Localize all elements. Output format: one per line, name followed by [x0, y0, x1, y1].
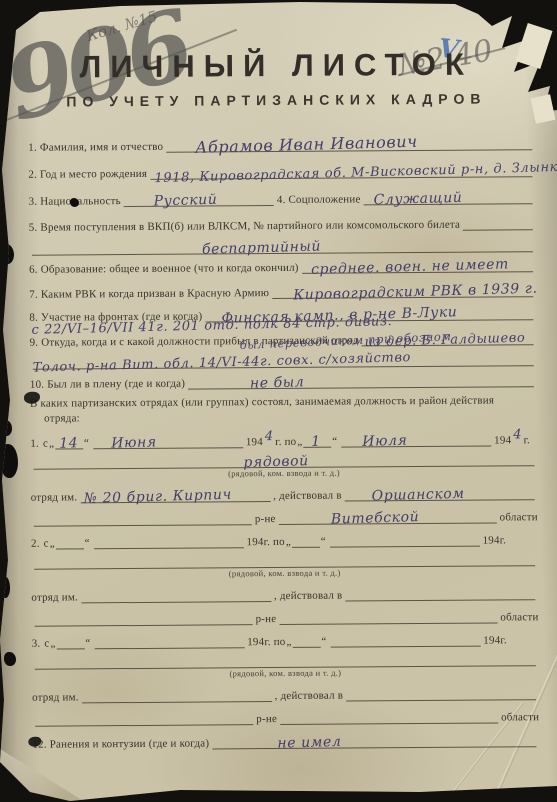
- handwritten-value: не был: [250, 374, 305, 392]
- unit-line: [81, 586, 271, 603]
- field-name: 1. Фамилия, имя и отчество Абрамов Иван …: [28, 134, 535, 154]
- region-line: [35, 709, 253, 727]
- field-label: 1. Фамилия, имя и отчество: [28, 141, 163, 154]
- field-captivity: 10. Был ли в плену (где и когда) не был: [30, 371, 537, 391]
- district-line: Витебской: [279, 507, 497, 525]
- printed-label: г. по: [275, 436, 296, 448]
- handwritten-value: беспартийный: [202, 238, 322, 257]
- tear-shadow: [4, 652, 16, 666]
- service-block-1-region: р-не Витебской области: [31, 507, 538, 527]
- field-line: беспартийный: [32, 236, 533, 255]
- form-content: 906 Кол. №15 №2 40 V ЛИЧНЫЙ ЛИСТОК ПО УЧ…: [0, 0, 557, 802]
- field-line: Служащий: [363, 188, 532, 205]
- printed-quote: “: [332, 436, 337, 448]
- handwritten-year: 4: [265, 429, 273, 444]
- acted-line: Оршанском: [345, 484, 535, 501]
- day-line: [292, 632, 320, 648]
- field-label: В каких партизанских отрядах (или группа…: [30, 392, 494, 411]
- handwritten-day: 1: [311, 434, 321, 450]
- service-block-3-unit: отряд им. , действовал в: [32, 684, 539, 704]
- field-line: 1918, Кировоградская об. М-Висковский р-…: [150, 161, 532, 180]
- month-line: [93, 532, 243, 549]
- printed-label: области: [500, 511, 538, 523]
- service-block-1-rank: рядовой (рядовой, ком. взвода и т. д.): [30, 450, 537, 470]
- field-line: не был: [188, 371, 534, 389]
- printed-label: с: [44, 538, 49, 550]
- field-rvk: 7. Каким РВК и когда призван в Красную А…: [29, 281, 536, 301]
- service-block-2-region: р-не области: [31, 607, 538, 627]
- scanned-document: 906 Кол. №15 №2 40 V ЛИЧНЫЙ ЛИСТОК ПО УЧ…: [0, 0, 557, 802]
- printed-label: г. по: [264, 536, 285, 548]
- printed-caption: (рядовой, ком. взвода и т. д.): [34, 566, 535, 579]
- field-line: [463, 214, 533, 230]
- printed-label: , действовал в: [273, 490, 342, 502]
- rank-line: (рядовой, ком. взвода и т. д.): [34, 550, 535, 569]
- printed-quote: „: [50, 538, 55, 550]
- handwritten-year: 4: [513, 427, 521, 442]
- tear-shadow: [0, 420, 12, 436]
- tear-shadow: [0, 444, 18, 478]
- service-block-2-dates: 2. с „ “ 194 г. по „ “ 194 г.: [31, 528, 538, 550]
- district-line: [280, 707, 498, 725]
- field-label: 2. Год и место рождения: [28, 168, 147, 181]
- field-label: 5. Время поступления в ВКП(б) или ВЛКСМ,…: [29, 219, 460, 234]
- rank-line: (рядовой, ком. взвода и т. д.): [35, 650, 536, 669]
- handwritten-value: Служащий: [373, 190, 462, 208]
- unit-line: № 20 бриг. Кирпич: [80, 486, 270, 503]
- rank-line: рядовой (рядовой, ком. взвода и т. д.): [33, 450, 534, 469]
- day-line: 1: [303, 432, 331, 448]
- field-label: 6. Образование: общее и военное (что и к…: [29, 262, 299, 276]
- month-line: [330, 531, 480, 548]
- handwritten-district: Витебской: [331, 509, 420, 527]
- paper-sheet: 906 Кол. №15 №2 40 V ЛИЧНЫЙ ЛИСТОК ПО УЧ…: [0, 0, 557, 802]
- printed-label: области: [501, 711, 539, 723]
- printed-label: г.: [524, 434, 531, 446]
- month-line: Июня: [93, 432, 243, 449]
- block-number: 3.: [32, 638, 41, 650]
- handwritten-value: Абрамов Иван Иванович: [195, 132, 418, 157]
- printed-label: отряд им.: [31, 591, 78, 603]
- printed-quote: “: [321, 636, 326, 648]
- district-line: [279, 607, 497, 625]
- field-line: среднее. воен. не имеет: [302, 256, 534, 274]
- handwritten-day: 14: [59, 435, 78, 452]
- printed-quote: “: [321, 536, 326, 548]
- handwritten-value: не имел: [277, 734, 341, 752]
- field-nationality-social: 3. Национальность Русский 4. Соцположени…: [29, 188, 536, 208]
- printed-label: , действовал в: [275, 690, 344, 702]
- day-line: [56, 633, 84, 649]
- service-block-3-rank: (рядовой, ком. взвода и т. д.): [32, 650, 539, 670]
- region-line: [34, 609, 252, 627]
- field-label: отряда:: [44, 412, 80, 424]
- region-line: [34, 509, 252, 527]
- block-number: 1.: [30, 438, 39, 450]
- field-party: 5. Время поступления в ВКП(б) или ВЛКСМ,…: [29, 214, 536, 234]
- printed-label: р-не: [255, 513, 276, 525]
- field-origin-line2: Толоч. р-на Вит. обл. 14/VI-44г. совх. с…: [30, 350, 537, 370]
- service-block-1-unit: отряд им. № 20 бриг. Кирпич , действовал…: [31, 484, 538, 504]
- printed-year: 194: [246, 536, 263, 548]
- printed-label: области: [500, 611, 538, 623]
- printed-quote: “: [85, 637, 90, 649]
- field-birth: 2. Год и место рождения 1918, Кировоград…: [28, 161, 535, 181]
- printed-quote: “: [85, 537, 90, 549]
- handwritten-value: среднее. воен. не имеет: [311, 256, 509, 278]
- service-block-1-dates: 1. с „ 14 “ Июня 194 4 г. по „ 1 “ Июля …: [30, 428, 537, 450]
- printed-label: г.: [500, 534, 507, 546]
- service-block-2-rank: (рядовой, ком. взвода и т. д.): [31, 550, 538, 570]
- handwritten-month: Июля: [362, 433, 408, 450]
- printed-label: р-не: [256, 713, 277, 725]
- field-label: 4. Соцположение: [277, 193, 361, 206]
- printed-quote: “: [84, 437, 89, 449]
- field-label: 12. Ранения и контузии (где и когда): [32, 737, 209, 750]
- printed-quote: „: [50, 638, 55, 650]
- day-line: [292, 532, 320, 548]
- tear-shadow: [0, 244, 14, 264]
- field-label: 7. Каким РВК и когда призван в Красную А…: [29, 287, 269, 301]
- printed-label: р-не: [256, 613, 277, 625]
- handwritten-value: 1918, Кировоградская об. М-Висковский р-…: [154, 160, 557, 186]
- field-party-value: беспартийный: [29, 236, 536, 256]
- day-line: 14: [55, 433, 83, 449]
- form-title: ЛИЧНЫЙ ЛИСТОК: [0, 46, 555, 86]
- torn-fragment: [531, 94, 556, 124]
- torn-fragment: [515, 23, 552, 69]
- service-block-3-region: р-не области: [32, 707, 539, 727]
- service-block-3-dates: 3. с „ “ 194 г. по „ “ 194 г.: [32, 628, 539, 650]
- month-line: [94, 632, 244, 649]
- block-number: 2.: [31, 538, 40, 550]
- handwritten-value: Кировоградским РВК в 1939 г.: [293, 281, 538, 304]
- field-line: Толоч. р-на Вит. обл. 14/VI-44г. совх. с…: [33, 350, 534, 369]
- field-line: не имел: [212, 731, 536, 749]
- printed-quote: „: [49, 438, 54, 450]
- day-line: [56, 533, 84, 549]
- month-line: Июля: [341, 431, 491, 448]
- form-subtitle: ПО УЧЕТУ ПАРТИЗАНСКИХ КАДРОВ: [0, 90, 555, 110]
- acted-line: [346, 684, 536, 701]
- month-line: [330, 631, 480, 648]
- unit-line: [82, 686, 272, 703]
- handwritten-place: Оршанском: [371, 486, 464, 505]
- field-label: 10. Был ли в плену (где и когда): [30, 378, 185, 391]
- field-line: Кировоградским РВК в 1939 г.: [272, 281, 533, 299]
- printed-year: 194: [247, 636, 264, 648]
- tear-shadow: [2, 58, 12, 72]
- printed-quote: „: [297, 436, 302, 448]
- printed-year: 194: [246, 436, 263, 448]
- printed-caption: (рядовой, ком. взвода и т. д.): [33, 466, 534, 479]
- handwritten-value: Русский: [154, 192, 218, 210]
- tear-shadow: [0, 576, 10, 598]
- acted-line: [345, 584, 535, 601]
- field-education: 6. Образование: общее и военное (что и к…: [29, 256, 536, 276]
- field-wounds: 12. Ранения и контузии (где и когда) не …: [32, 731, 539, 751]
- printed-year: 194: [494, 434, 511, 446]
- handwritten-unit: № 20 бриг. Кирпич: [84, 487, 233, 507]
- printed-label: отряд им.: [32, 691, 79, 703]
- printed-quote: „: [286, 536, 291, 548]
- printed-label: г. по: [264, 636, 285, 648]
- ink-spot: [70, 198, 79, 207]
- field-line: Абрамов Иван Иванович: [166, 134, 532, 153]
- printed-quote: „: [286, 636, 291, 648]
- field-line: Русский: [124, 190, 274, 207]
- field-detachments-heading2: отряда:: [30, 409, 537, 425]
- printed-label: , действовал в: [274, 590, 343, 602]
- service-block-2-unit: отряд им. , действовал в: [31, 584, 538, 604]
- printed-label: г.: [500, 634, 507, 646]
- printed-label: с: [44, 638, 49, 650]
- printed-caption: (рядовой, ком. взвода и т. д.): [35, 666, 536, 679]
- printed-year: 194: [483, 534, 500, 546]
- handwritten-month: Июня: [111, 434, 157, 451]
- printed-label: с: [43, 438, 48, 450]
- printed-year: 194: [483, 634, 500, 646]
- printed-label: отряд им.: [31, 491, 78, 503]
